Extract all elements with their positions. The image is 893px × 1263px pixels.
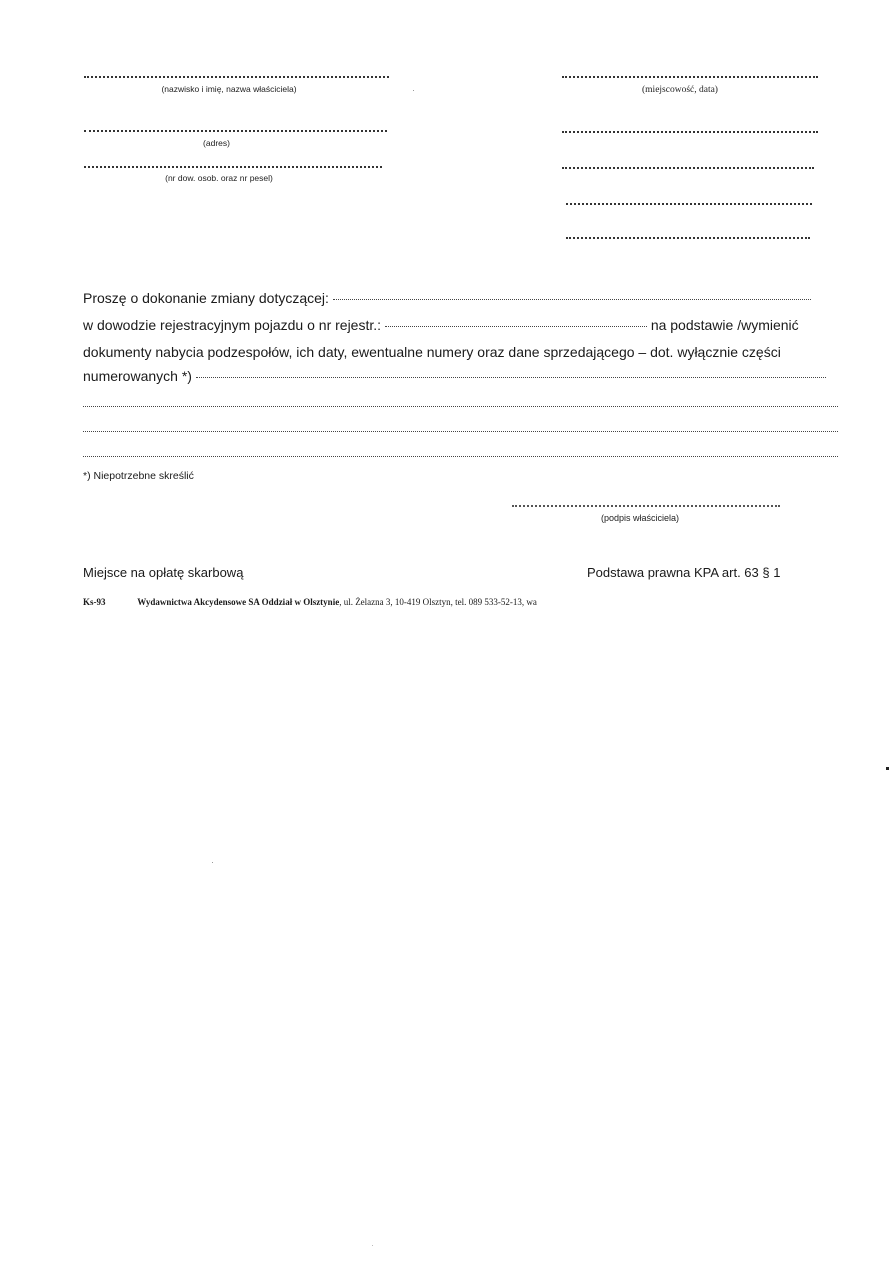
legal-basis: Podstawa prawna KPA art. 63 § 1 <box>587 565 780 580</box>
recipient-line-3[interactable] <box>566 203 812 205</box>
details-line-3[interactable] <box>83 456 838 457</box>
fee-place-label: Miejsce na opłatę skarbową <box>83 565 243 580</box>
imprint-details: , ul. Żelazna 3, 10-419 Olsztyn, tel. 08… <box>339 597 537 607</box>
imprint-publisher: Wydawnictwa Akcydensowe SA Oddział w Ols… <box>137 597 339 607</box>
change-request-label: Proszę o dokonanie zmiany dotyczącej: <box>83 290 329 306</box>
scan-speck <box>413 90 414 91</box>
recipient-line-2[interactable] <box>562 167 814 169</box>
body-line-2: w dowodzie rejestracyjnym pojazdu o nr r… <box>83 317 840 333</box>
details-line-1[interactable] <box>83 406 838 407</box>
footnote: *) Niepotrzebne skreślić <box>83 470 194 482</box>
imprint: Ks-93 Wydawnictwa Akcydensowe SA Oddział… <box>83 597 537 607</box>
recipient-line-1[interactable] <box>562 131 818 133</box>
owner-name-field[interactable] <box>84 76 389 78</box>
place-date-field[interactable] <box>562 76 818 78</box>
change-subject-field[interactable] <box>333 299 811 300</box>
id-pesel-caption: (nr dow. osob. oraz nr pesel) <box>84 173 354 183</box>
scan-speck <box>212 862 213 863</box>
numbered-parts-field[interactable] <box>196 377 826 378</box>
body-line-1: Proszę o dokonanie zmiany dotyczącej: <box>83 290 840 306</box>
owner-name-caption: (nazwisko i imię, nazwa właściciela) <box>84 84 374 94</box>
id-pesel-field[interactable] <box>84 166 382 168</box>
body-line-4: numerowanych *) <box>83 368 840 384</box>
address-field[interactable] <box>84 130 387 132</box>
details-line-2[interactable] <box>83 431 838 432</box>
body-line-3: dokumenty nabycia podzespołów, ich daty,… <box>83 344 781 360</box>
place-date-caption: (miejscowość, data) <box>600 85 760 95</box>
basis-label: na podstawie /wymienić <box>651 317 799 333</box>
scan-speck <box>372 1245 373 1246</box>
numbered-parts-label: numerowanych *) <box>83 368 192 384</box>
registration-number-label: w dowodzie rejestracyjnym pojazdu o nr r… <box>83 317 381 333</box>
recipient-line-4[interactable] <box>566 237 810 239</box>
address-caption: (adres) <box>84 138 349 148</box>
signature-caption: (podpis właściciela) <box>560 513 720 523</box>
signature-field[interactable] <box>512 505 780 507</box>
scan-speck <box>886 767 889 770</box>
registration-number-field[interactable] <box>385 326 647 327</box>
imprint-code: Ks-93 <box>83 597 135 607</box>
